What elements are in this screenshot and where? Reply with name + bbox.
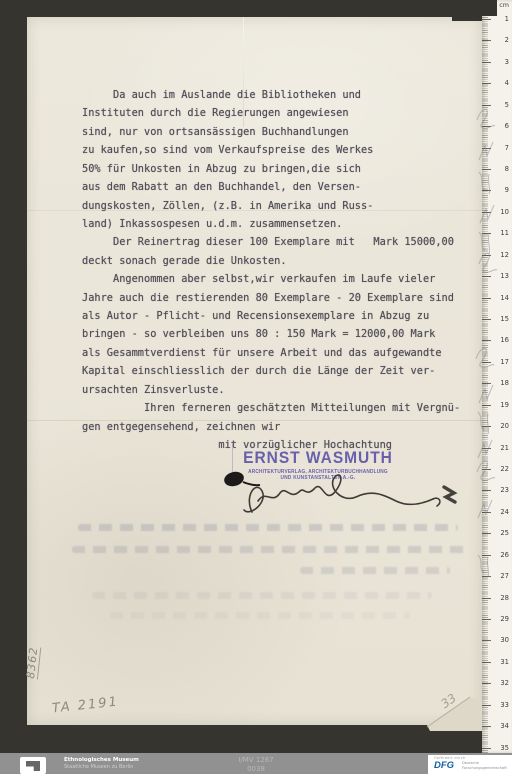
ruler-cm-tick [482, 640, 491, 641]
ruler-cm-label: 13 [494, 272, 509, 280]
ruler-cm-tick [482, 405, 491, 406]
ruler-cm-tick [482, 105, 491, 106]
shelfmark-line2: 0038 [206, 765, 306, 773]
showthrough-text-row [72, 546, 467, 553]
letter-line: land) Inkassospesen u.d.m. zusammensetze… [82, 215, 482, 233]
museum-subtitle: Staatliche Museen zu Berlin [64, 764, 133, 770]
ruler-cm-label: 34 [494, 722, 509, 730]
letter-line: Da auch im Auslande die Bibliotheken und [82, 86, 482, 104]
ruler-cm-tick [482, 383, 491, 384]
ruler-cm-label: 33 [494, 701, 509, 709]
ruler-cm-tick [482, 298, 491, 299]
ruler-cm-tick [482, 169, 491, 170]
ruler-cm-tick [482, 62, 491, 63]
ruler-cm-tick [482, 512, 491, 513]
funder-logo-box: Gefördert durch DFG Deutsche Forschungsg… [428, 755, 512, 774]
stamp-subtitle-2: UND KUNSTANSTALTEN A.-G. [242, 475, 394, 481]
letter-line: Kapital einschliesslich der durch die Lä… [82, 362, 482, 380]
ruler-cm-label: 21 [494, 444, 509, 452]
museum-name: Ethnologisches Museum [64, 757, 139, 763]
ruler-cm-label: 6 [494, 122, 509, 130]
ruler-cm-label: 29 [494, 615, 509, 623]
museum-logo-glyph [26, 761, 40, 771]
ruler-cm-label: 12 [494, 251, 509, 259]
ruler-cm-label: 7 [494, 144, 509, 152]
museum-logo [20, 757, 46, 774]
showthrough-text-row [110, 612, 410, 619]
ruler-cm-tick [482, 662, 491, 663]
ruler-cm-label: 14 [494, 294, 509, 302]
publisher-stamp: ERNST WASMUTH ARCHITEKTURVERLAG, ARCHITE… [238, 450, 398, 481]
ruler-cm-tick [482, 190, 491, 191]
scan-canvas: Da auch im Auslande die Bibliotheken und… [0, 0, 512, 774]
ruler-cm-label: 25 [494, 529, 509, 537]
stamp-title: ERNST WASMUTH [240, 450, 395, 469]
letter-line: als Gesammtverdienst für unsere Arbeit u… [82, 344, 482, 362]
ruler-cm-tick [482, 19, 491, 20]
showthrough-text-row [300, 567, 450, 574]
ruler-cm-label: 23 [494, 486, 509, 494]
mat-corner-notch [452, 0, 482, 21]
letter-line: Instituten durch die Regierungen angewie… [82, 104, 482, 122]
ruler-cm-label: 31 [494, 658, 509, 666]
ruler-cm-tick [482, 555, 491, 556]
letter-body: Da auch im Auslande die Bibliotheken und… [82, 86, 482, 454]
ruler-cm-tick [482, 576, 491, 577]
ruler-cm-tick [482, 426, 491, 427]
ruler-cm-label: 15 [494, 315, 509, 323]
ruler-cm-label: 1 [494, 15, 509, 23]
ruler-cm-label: 19 [494, 401, 509, 409]
letter-line: aus dem Rabatt an den Buchhandel, den Ve… [82, 178, 482, 196]
letter-line: bringen - so verbleiben uns 80 : 150 Mar… [82, 325, 482, 343]
ruler-cm-label: 16 [494, 336, 509, 344]
letter-line: 50% für Unkosten in Abzug zu bringen,die… [82, 160, 482, 178]
ruler-cm-tick [482, 126, 491, 127]
ruler-cm-tick [482, 598, 491, 599]
letter-line: Jahre auch die restierenden 80 Exemplare… [82, 289, 482, 307]
letter-line: deckt sonach gerade die Unkosten. [82, 252, 482, 270]
ruler-cm-tick [482, 83, 491, 84]
ruler-cm-label: 27 [494, 572, 509, 580]
letter-line: als Autor - Pflicht- und Recensionsexemp… [82, 307, 482, 325]
funder-name-line2: Forschungsgemeinschaft [462, 766, 507, 770]
ruler-cm-label: 4 [494, 79, 509, 87]
ruler-cm-tick [482, 340, 491, 341]
ruler-cm-label: 11 [494, 229, 509, 237]
ruler-cm-tick [482, 705, 491, 706]
ruler-cm-tick [482, 40, 491, 41]
letter-line: gen entgegensehend, zeichnen wir [82, 418, 482, 436]
letter-line: Angenommen aber selbst,wir verkaufen im … [82, 270, 482, 288]
ruler-cm-label: 10 [494, 208, 509, 216]
ruler-cm-tick [482, 255, 491, 256]
ruler-cm-label: 5 [494, 101, 509, 109]
letter-line: Der Reinertrag dieser 100 Exemplare mit … [82, 233, 482, 251]
ruler-cm-tick [482, 490, 491, 491]
ruler-cm-label: 17 [494, 358, 509, 366]
ruler-cm-label: 24 [494, 508, 509, 516]
ruler-cm-label: 22 [494, 465, 509, 473]
dfg-logo: DFG [434, 760, 454, 771]
ruler-cm-label: 20 [494, 422, 509, 430]
ruler-cm-label: 32 [494, 679, 509, 687]
ruler-cm-label: 30 [494, 636, 509, 644]
ruler-cm-tick [482, 748, 491, 749]
ruler-cm-label: 9 [494, 186, 509, 194]
ruler-cm-tick [482, 448, 491, 449]
letter-line: ursachten Zinsverluste. [82, 381, 482, 399]
footer-bar: Ethnologisches Museum Staatliche Museen … [0, 753, 512, 774]
showthrough-text-row [78, 524, 458, 531]
showthrough-text-row [92, 592, 432, 599]
ruler-cm-tick [482, 319, 491, 320]
funder-name-line1: Deutsche [462, 761, 479, 765]
ruler-cm-tick [482, 148, 491, 149]
stamp-edge-line [232, 444, 233, 480]
ruler-cm-label: 26 [494, 551, 509, 559]
letter-line: sind, nur von ortsansässigen Buchhandlun… [82, 123, 482, 141]
ruler-cm-tick [482, 683, 491, 684]
shelfmark-line1: I/MV 1267 [206, 756, 306, 764]
ruler-cm-tick [482, 212, 491, 213]
letter-line: zu kaufen,so sind vom Verkaufspreise des… [82, 141, 482, 159]
letter-line: Ihren ferneren geschätzten Mitteilungen … [82, 399, 482, 417]
ruler-cm-tick [482, 619, 491, 620]
ruler-cm-tick [482, 469, 491, 470]
mat-ruler-shadow [482, 0, 497, 16]
ruler-cm-label: 8 [494, 165, 509, 173]
ruler-cm-label: 2 [494, 36, 509, 44]
ruler-cm-tick [482, 233, 491, 234]
ruler-cm-tick [482, 726, 491, 727]
ruler-cm-label: 18 [494, 379, 509, 387]
ruler-cm-tick [482, 362, 491, 363]
mat-top-band [0, 0, 482, 17]
ruler-cm-tick [482, 533, 491, 534]
ruler-cm-label: 35 [494, 744, 509, 752]
ruler: cm 1234567891011121314151617181920212223… [482, 0, 512, 753]
ruler-cm-tick [482, 276, 491, 277]
ruler-cm-label: 28 [494, 594, 509, 602]
letter-line: dungskosten, Zöllen, (z.B. in Amerika un… [82, 197, 482, 215]
ruler-cm-label: 3 [494, 58, 509, 66]
